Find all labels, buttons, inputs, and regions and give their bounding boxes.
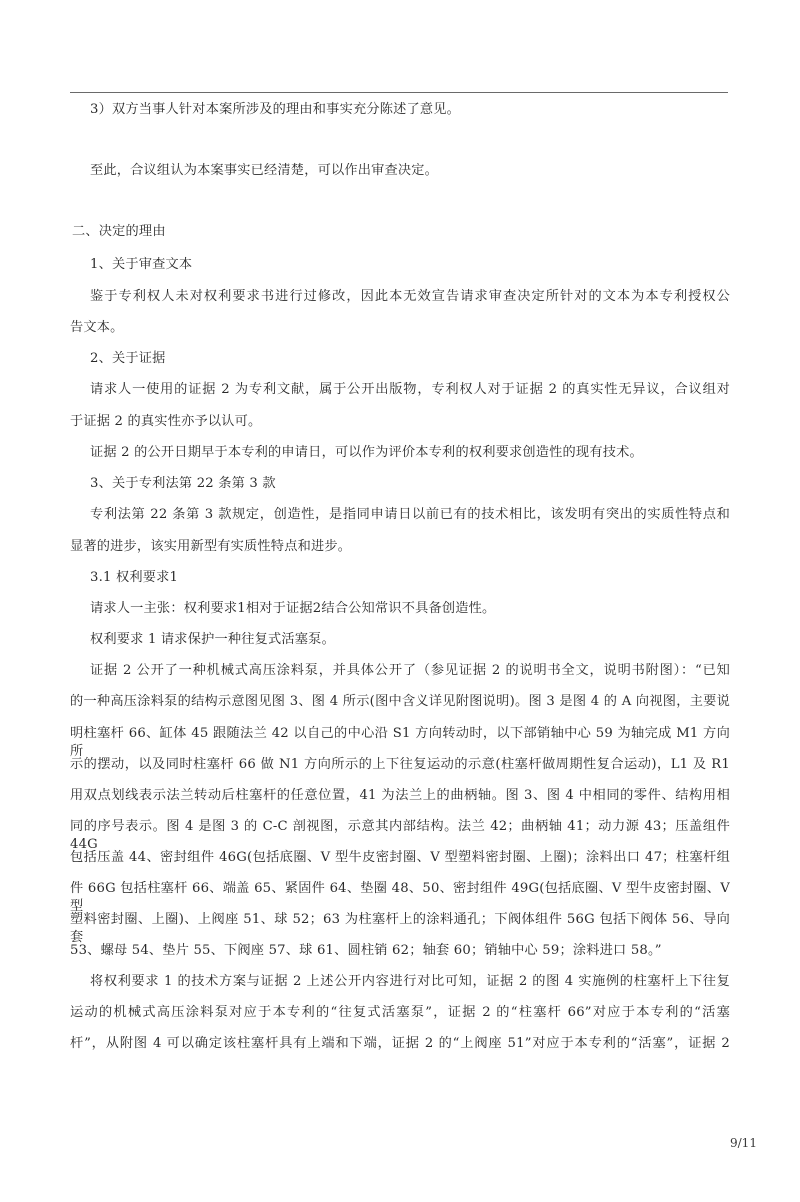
text-line: 53、螺母 54、垫片 55、下阀座 57、球 61、圆柱销 62；轴套 60；… xyxy=(70,942,662,960)
text-line: 示的摆动，以及同时柱塞杆 66 做 N1 方向所示的上下往复运动的示意(柱塞杆做… xyxy=(70,756,730,774)
text-line: 二、决定的理由 xyxy=(72,223,166,241)
text-line: 请求人一使用的证据 2 为专利文献，属于公开出版物，专利权人对于证据 2 的真实… xyxy=(90,381,730,399)
text-line: 1、关于审查文本 xyxy=(90,256,192,274)
text-line: 3.1 权利要求1 xyxy=(90,569,178,587)
text-line: 证据 2 公开了一种机械式高压涂料泵，并具体公开了（参见证据 2 的说明书全文，… xyxy=(90,662,730,680)
text-line: 证据 2 的公开日期早于本专利的申请日，可以作为评价本专利的权利要求创造性的现有… xyxy=(90,444,643,462)
text-line: 鉴于专利权人未对权利要求书进行过修改，因此本无效宣告请求审查决定所针对的文本为本… xyxy=(90,288,730,306)
text-line: 专利法第 22 条第 3 款规定，创造性，是指同申请日以前已有的技术相比，该发明… xyxy=(90,506,730,524)
text-line: 包括压盖 44、密封组件 46G(包括底圈、V 型牛皮密封圈、V 型塑料密封圈、… xyxy=(70,849,730,867)
text-line: 请求人一主张：权利要求1相对于证据2结合公知常识不具备创造性。 xyxy=(90,600,495,618)
text-line: 2、关于证据 xyxy=(90,350,166,368)
text-line: 至此，合议组认为本案事实已经清楚，可以作出审查决定。 xyxy=(90,162,438,180)
text-line: 3）双方当事人针对本案所涉及的理由和事实充分陈述了意见。 xyxy=(90,101,460,119)
text-line: 将权利要求 1 的技术方案与证据 2 上述公开内容进行对比可知，证据 2 的图 … xyxy=(90,973,730,991)
text-line: 权利要求 1 请求保护一种往复式活塞泵。 xyxy=(90,631,335,649)
text-line: 运动的机械式高压涂料泵对应于本专利的“往复式活塞泵”，证据 2 的“柱塞杆 66… xyxy=(70,1004,730,1022)
text-line: 3、关于专利法第 22 条第 3 款 xyxy=(90,475,276,493)
text-line: 于证据 2 的真实性亦予以认可。 xyxy=(70,413,261,431)
text-line: 的一种高压涂料泵的结构示意图见图 3、图 4 所示(图中含义详见附图说明)。图 … xyxy=(70,693,730,711)
text-line: 显著的进步，该实用新型有实质性特点和进步。 xyxy=(70,538,351,556)
text-line: 用双点划线表示法兰转动后柱塞杆的任意位置，41 为法兰上的曲柄轴。图 3、图 4… xyxy=(70,787,730,805)
text-line: 告文本。 xyxy=(70,319,124,337)
header-rule xyxy=(70,92,728,93)
page-number: 9/11 xyxy=(730,1136,757,1150)
text-line: 杆”，从附图 4 可以确定该柱塞杆具有上端和下端，证据 2 的“上阀座 51”对… xyxy=(70,1035,730,1053)
